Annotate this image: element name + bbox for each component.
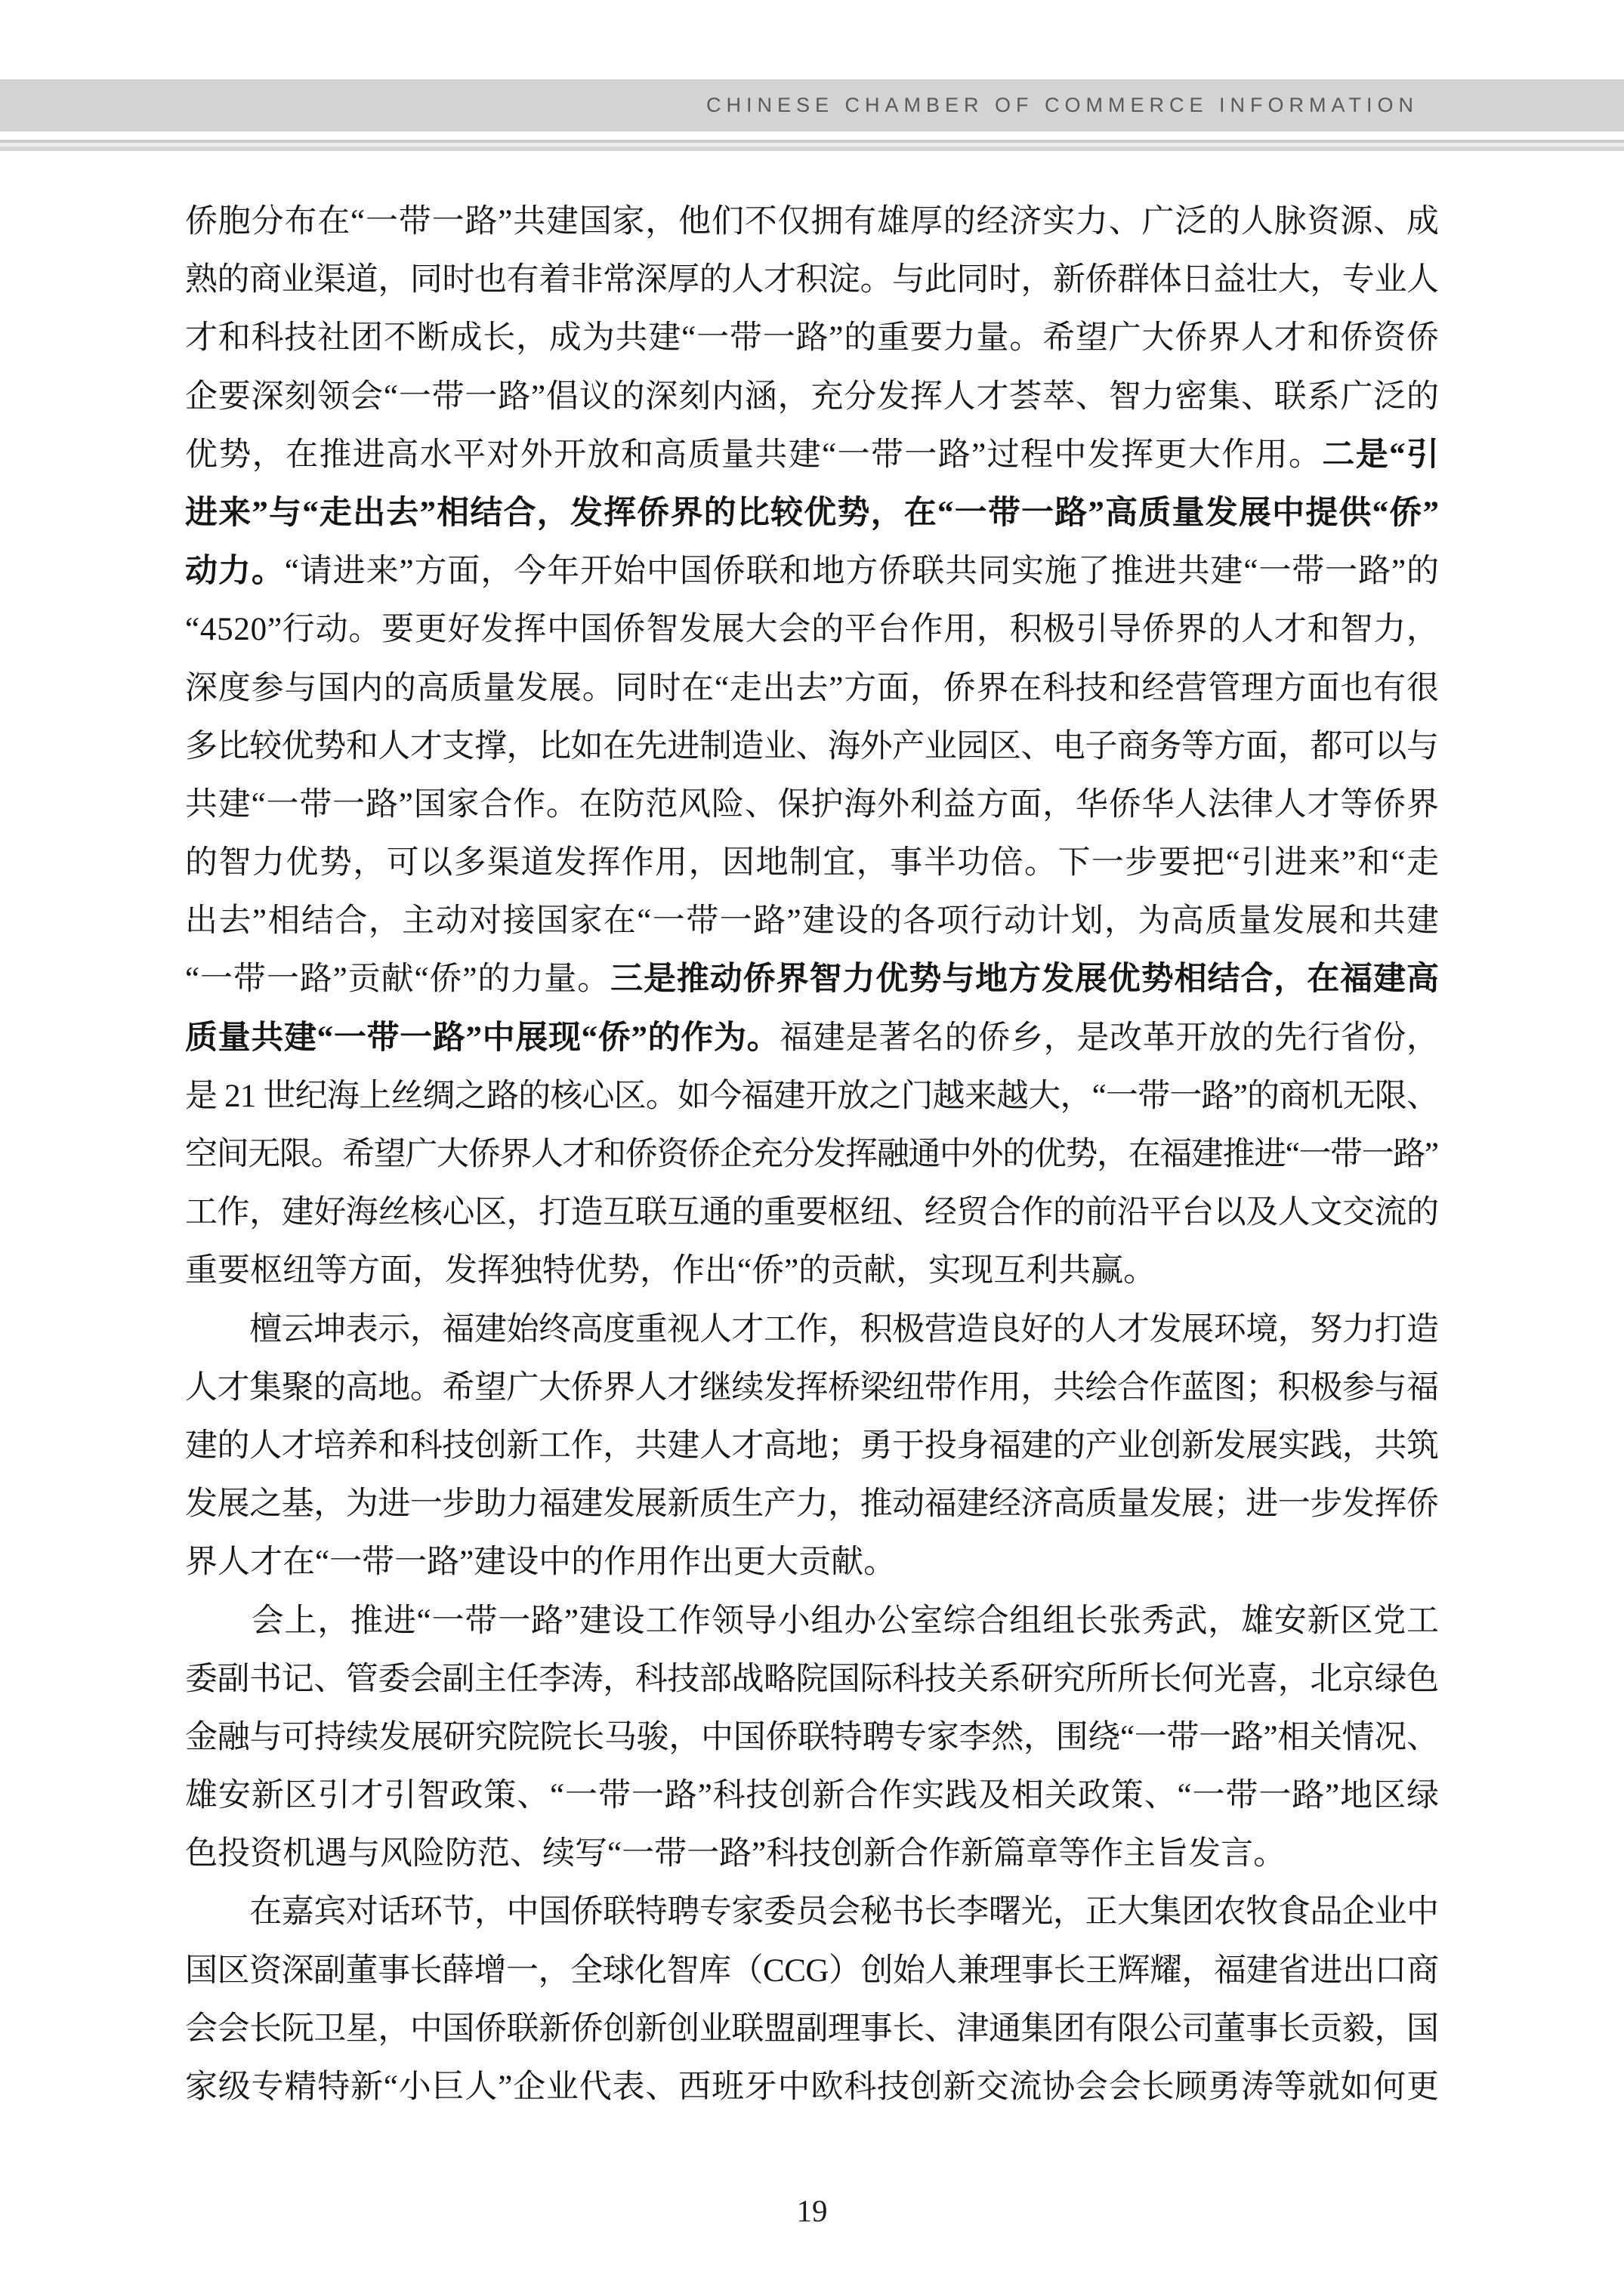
text-run: 共建“一带一路”国家合作。在防范风险、保护海外利益方面，华侨华人法律人才等侨界 xyxy=(185,787,1440,822)
header-divider-strip xyxy=(0,140,1624,151)
bold-text-segment: 进来”与“走出去”相结合，发挥侨界的比较优势，在“一带一路”高质量发展中提供“侨… xyxy=(185,495,1440,531)
text-run: 檀云坤表示，福建始终高度重视人才工作，积极营造良好的人才发展环境，努力打造 xyxy=(185,1312,1439,1347)
text-line: 的智力优势，可以多渠道发挥作用，因地制宜，事半功倍。下一步要把“引进来”和“走 xyxy=(185,834,1439,892)
text-line: 空间无限。希望广大侨界人才和侨资侨企充分发挥融通中外的优势，在福建推进“一带一路… xyxy=(185,1125,1439,1184)
text-segment: 福建是著名的侨乡，是改革开放的先行省份， xyxy=(780,1020,1439,1056)
text-run: 建的人才培养和科技创新工作，共建人才高地；勇于投身福建的产业创新发展实践，共筑 xyxy=(185,1428,1439,1464)
text-run: 企要深刻领会“一带一路”倡议的深刻内涵，充分发挥人才荟萃、智力密集、联系广泛的 xyxy=(185,379,1440,415)
text-segment: 工作，建好海丝核心区，打造互联互通的重要枢纽、经贸合作的前沿平台以及人文交流的 xyxy=(185,1195,1439,1230)
text-run: 是 21 世纪海上丝绸之路的核心区。如今福建开放之门越来越大，“一带一路”的商机… xyxy=(185,1079,1438,1114)
text-run: 委副书记、管委会副主任李涛，科技部战略院国际科技关系研究所所长何光喜，北京绿色 xyxy=(185,1662,1439,1697)
text-segment: 企要深刻领会“一带一路”倡议的深刻内涵，充分发挥人才荟萃、智力密集、联系广泛的 xyxy=(185,379,1440,415)
text-segment: “请进来”方面，今年开始中国侨联和地方侨联共同实施了推进共建“一带一路”的 xyxy=(285,554,1440,589)
bold-text-segment: 二是“引 xyxy=(1322,437,1440,473)
text-line: “4520”行动。要更好发挥中国侨智发展大会的平台作用，积极引导侨界的人才和智力… xyxy=(185,600,1439,659)
text-run: 雄安新区引才引智政策、“一带一路”科技创新合作实践及相关政策、“一带一路”地区绿 xyxy=(185,1778,1440,1813)
text-run: 出去”相结合，主动对接国家在“一带一路”建设的各项行动计划，为高质量发展和共建 xyxy=(185,903,1440,939)
article-body: 侨胞分布在“一带一路”共建国家，他们不仅拥有雄厚的经济实力、广泛的人脉资源、成熟… xyxy=(185,193,1439,2116)
text-run: 会上，推进“一带一路”建设工作领导小组办公室综合组组长张秀武，雄安新区党工 xyxy=(185,1603,1440,1639)
text-run: 深度参与国内的高质量发展。同时在“走出去”方面，侨界在科技和经营管理方面也有很 xyxy=(185,671,1440,706)
text-run: 在嘉宾对话环节，中国侨联特聘专家委员会秘书长李曙光，正大集团农牧食品企业中 xyxy=(185,1894,1439,1930)
text-segment: 发展之基，为进一步助力福建发展新质生产力，推动福建经济高质量发展；进一步发挥侨 xyxy=(185,1486,1439,1522)
header-title: CHINESE CHAMBER OF COMMERCE INFORMATION xyxy=(0,79,1624,131)
text-line: 委副书记、管委会副主任李涛，科技部战略院国际科技关系研究所所长何光喜，北京绿色 xyxy=(185,1650,1439,1708)
text-run: 金融与可持续发展研究院院长马骏，中国侨联特聘专家李然，围绕“一带一路”相关情况、 xyxy=(185,1720,1439,1755)
text-segment: 人才集聚的高地。希望广大侨界人才继续发挥桥梁纽带作用，共绘合作蓝图；积极参与福 xyxy=(185,1370,1439,1406)
text-run: 国区资深副董事长薛增一，全球化智库（CCG）创始人兼理事长王辉耀，福建省进出口商 xyxy=(185,1953,1439,1989)
text-run: 质量共建“一带一路”中展现“侨”的作为。福建是著名的侨乡，是改革开放的先行省份， xyxy=(185,1020,1440,1056)
text-segment: 会会长阮卫星，中国侨联新侨创新创业联盟副理事长、津通集团有限公司董事长贡毅，国 xyxy=(185,2011,1439,2047)
text-segment: “一带一路”贡献“侨”的力量。 xyxy=(185,961,610,997)
text-line: 才和科技社团不断成长，成为共建“一带一路”的重要力量。希望广大侨界人才和侨资侨 xyxy=(185,309,1439,367)
text-segment: 家级专精特新“小巨人”企业代表、西班牙中欧科技创新交流协会会长顾勇涛等就如何更 xyxy=(185,2069,1440,2105)
text-run: 优势，在推进高水平对外开放和高质量共建“一带一路”过程中发挥更大作用。二是“引 xyxy=(185,437,1440,473)
text-run: 家级专精特新“小巨人”企业代表、西班牙中欧科技创新交流协会会长顾勇涛等就如何更 xyxy=(185,2069,1440,2105)
text-line: 重要枢纽等方面，发挥独特优势，作出“侨”的贡献，实现互利共赢。 xyxy=(185,1242,1439,1300)
text-line: 深度参与国内的高质量发展。同时在“走出去”方面，侨界在科技和经营管理方面也有很 xyxy=(185,659,1439,718)
document-page: CHINESE CHAMBER OF COMMERCE INFORMATION … xyxy=(0,0,1624,2293)
text-run: 进来”与“走出去”相结合，发挥侨界的比较优势，在“一带一路”高质量发展中提供“侨… xyxy=(185,495,1440,531)
text-run: 熟的商业渠道，同时也有着非常深厚的人才积淀。与此同时，新侨群体日益壮大，专业人 xyxy=(185,262,1439,298)
text-run: 人才集聚的高地。希望广大侨界人才继续发挥桥梁纽带作用，共绘合作蓝图；积极参与福 xyxy=(185,1370,1439,1406)
text-segment: 雄安新区引才引智政策、“一带一路”科技创新合作实践及相关政策、“一带一路”地区绿 xyxy=(185,1778,1440,1813)
text-segment: 金融与可持续发展研究院院长马骏，中国侨联特聘专家李然，围绕“一带一路”相关情况、 xyxy=(185,1720,1439,1755)
text-line: 檀云坤表示，福建始终高度重视人才工作，积极营造良好的人才发展环境，努力打造 xyxy=(185,1301,1439,1359)
text-line: 发展之基，为进一步助力福建发展新质生产力，推动福建经济高质量发展；进一步发挥侨 xyxy=(185,1475,1439,1533)
text-run: 多比较优势和人才支撑，比如在先进制造业、海外产业园区、电子商务等方面，都可以与 xyxy=(185,729,1439,764)
bold-text-segment: 质量共建“一带一路”中展现“侨”的作为。 xyxy=(185,1020,780,1056)
text-line: 多比较优势和人才支撑，比如在先进制造业、海外产业园区、电子商务等方面，都可以与 xyxy=(185,718,1439,776)
text-segment: 色投资机遇与风险防范、续写“一带一路”科技创新合作新篇章等作主旨发言。 xyxy=(185,1836,1286,1872)
text-segment: 的智力优势，可以多渠道发挥作用，因地制宜，事半功倍。下一步要把“引进来”和“走 xyxy=(185,845,1440,881)
text-line: 会上，推进“一带一路”建设工作领导小组办公室综合组组长张秀武，雄安新区党工 xyxy=(185,1592,1439,1650)
text-line: 侨胞分布在“一带一路”共建国家，他们不仅拥有雄厚的经济实力、广泛的人脉资源、成 xyxy=(185,193,1439,251)
text-line: “一带一路”贡献“侨”的力量。三是推动侨界智力优势与地方发展优势相结合，在福建高 xyxy=(185,950,1439,1008)
text-segment: 是 21 世纪海上丝绸之路的核心区。如今福建开放之门越来越大，“一带一路”的商机… xyxy=(185,1079,1438,1114)
text-line: 工作，建好海丝核心区，打造互联互通的重要枢纽、经贸合作的前沿平台以及人文交流的 xyxy=(185,1184,1439,1242)
text-line: 出去”相结合，主动对接国家在“一带一路”建设的各项行动计划，为高质量发展和共建 xyxy=(185,892,1439,950)
text-run: 的智力优势，可以多渠道发挥作用，因地制宜，事半功倍。下一步要把“引进来”和“走 xyxy=(185,845,1440,881)
text-line: 雄安新区引才引智政策、“一带一路”科技创新合作实践及相关政策、“一带一路”地区绿 xyxy=(185,1767,1439,1825)
text-run: “一带一路”贡献“侨”的力量。三是推动侨界智力优势与地方发展优势相结合，在福建高 xyxy=(185,961,1440,997)
text-line: 进来”与“走出去”相结合，发挥侨界的比较优势，在“一带一路”高质量发展中提供“侨… xyxy=(185,484,1439,542)
text-segment: 多比较优势和人才支撑，比如在先进制造业、海外产业园区、电子商务等方面，都可以与 xyxy=(185,729,1439,764)
text-segment: 空间无限。希望广大侨界人才和侨资侨企充分发挥融通中外的优势，在福建推进“一带一路… xyxy=(185,1137,1438,1172)
text-segment: 界人才在“一带一路”建设中的作用作出更大贡献。 xyxy=(185,1545,896,1580)
text-line: 熟的商业渠道，同时也有着非常深厚的人才积淀。与此同时，新侨群体日益壮大，专业人 xyxy=(185,251,1439,309)
text-line: 优势，在推进高水平对外开放和高质量共建“一带一路”过程中发挥更大作用。二是“引 xyxy=(185,426,1439,484)
text-line: 建的人才培养和科技创新工作，共建人才高地；勇于投身福建的产业创新发展实践，共筑 xyxy=(185,1417,1439,1475)
text-segment: 重要枢纽等方面，发挥独特优势，作出“侨”的贡献，实现互利共赢。 xyxy=(185,1253,1156,1288)
text-run: 空间无限。希望广大侨界人才和侨资侨企充分发挥融通中外的优势，在福建推进“一带一路… xyxy=(185,1137,1438,1172)
bold-text-segment: 三是推动侨界智力优势与地方发展优势相结合，在福建高 xyxy=(610,961,1440,997)
text-line: 是 21 世纪海上丝绸之路的核心区。如今福建开放之门越来越大，“一带一路”的商机… xyxy=(185,1067,1439,1125)
text-segment: 会上，推进“一带一路”建设工作领导小组办公室综合组组长张秀武，雄安新区党工 xyxy=(185,1603,1440,1639)
text-line: 质量共建“一带一路”中展现“侨”的作为。福建是著名的侨乡，是改革开放的先行省份， xyxy=(185,1009,1439,1067)
text-run: 侨胞分布在“一带一路”共建国家，他们不仅拥有雄厚的经济实力、广泛的人脉资源、成 xyxy=(185,204,1440,239)
text-line: 国区资深副董事长薛增一，全球化智库（CCG）创始人兼理事长王辉耀，福建省进出口商 xyxy=(185,1942,1439,2000)
text-segment: 出去”相结合，主动对接国家在“一带一路”建设的各项行动计划，为高质量发展和共建 xyxy=(185,903,1440,939)
bold-text-segment: 动力。 xyxy=(185,554,285,589)
header-band: CHINESE CHAMBER OF COMMERCE INFORMATION xyxy=(0,79,1624,131)
text-run: “4520”行动。要更好发挥中国侨智发展大会的平台作用，积极引导侨界的人才和智力… xyxy=(185,612,1440,647)
text-segment: 才和科技社团不断成长，成为共建“一带一路”的重要力量。希望广大侨界人才和侨资侨 xyxy=(185,320,1440,356)
text-line: 动力。“请进来”方面，今年开始中国侨联和地方侨联共同实施了推进共建“一带一路”的 xyxy=(185,542,1439,600)
text-segment: “4520”行动。要更好发挥中国侨智发展大会的平台作用，积极引导侨界的人才和智力… xyxy=(185,612,1440,647)
text-line: 色投资机遇与风险防范、续写“一带一路”科技创新合作新篇章等作主旨发言。 xyxy=(185,1825,1439,1883)
text-line: 会会长阮卫星，中国侨联新侨创新创业联盟副理事长、津通集团有限公司董事长贡毅，国 xyxy=(185,2000,1439,2058)
text-segment: 深度参与国内的高质量发展。同时在“走出去”方面，侨界在科技和经营管理方面也有很 xyxy=(185,671,1440,706)
text-segment: 在嘉宾对话环节，中国侨联特聘专家委员会秘书长李曙光，正大集团农牧食品企业中 xyxy=(185,1894,1439,1930)
text-segment: 国区资深副董事长薛增一，全球化智库（CCG）创始人兼理事长王辉耀，福建省进出口商 xyxy=(185,1953,1439,1989)
text-run: 才和科技社团不断成长，成为共建“一带一路”的重要力量。希望广大侨界人才和侨资侨 xyxy=(185,320,1440,356)
text-run: 重要枢纽等方面，发挥独特优势，作出“侨”的贡献，实现互利共赢。 xyxy=(185,1253,1156,1288)
text-segment: 共建“一带一路”国家合作。在防范风险、保护海外利益方面，华侨华人法律人才等侨界 xyxy=(185,787,1440,822)
text-segment: 熟的商业渠道，同时也有着非常深厚的人才积淀。与此同时，新侨群体日益壮大，专业人 xyxy=(185,262,1439,298)
text-run: 界人才在“一带一路”建设中的作用作出更大贡献。 xyxy=(185,1545,896,1580)
text-run: 色投资机遇与风险防范、续写“一带一路”科技创新合作新篇章等作主旨发言。 xyxy=(185,1836,1286,1872)
text-segment: 檀云坤表示，福建始终高度重视人才工作，积极营造良好的人才发展环境，努力打造 xyxy=(185,1312,1439,1347)
text-line: 界人才在“一带一路”建设中的作用作出更大贡献。 xyxy=(185,1533,1439,1591)
text-run: 会会长阮卫星，中国侨联新侨创新创业联盟副理事长、津通集团有限公司董事长贡毅，国 xyxy=(185,2011,1439,2047)
text-line: 在嘉宾对话环节，中国侨联特聘专家委员会秘书长李曙光，正大集团农牧食品企业中 xyxy=(185,1883,1439,1941)
text-line: 共建“一带一路”国家合作。在防范风险、保护海外利益方面，华侨华人法律人才等侨界 xyxy=(185,776,1439,834)
text-segment: 建的人才培养和科技创新工作，共建人才高地；勇于投身福建的产业创新发展实践，共筑 xyxy=(185,1428,1439,1464)
page-number: 19 xyxy=(0,2193,1624,2229)
text-run: 发展之基，为进一步助力福建发展新质生产力，推动福建经济高质量发展；进一步发挥侨 xyxy=(185,1486,1439,1522)
text-segment: 侨胞分布在“一带一路”共建国家，他们不仅拥有雄厚的经济实力、广泛的人脉资源、成 xyxy=(185,204,1440,239)
text-segment: 优势，在推进高水平对外开放和高质量共建“一带一路”过程中发挥更大作用。 xyxy=(185,437,1322,473)
text-segment: 委副书记、管委会副主任李涛，科技部战略院国际科技关系研究所所长何光喜，北京绿色 xyxy=(185,1662,1439,1697)
text-line: 金融与可持续发展研究院院长马骏，中国侨联特聘专家李然，围绕“一带一路”相关情况、 xyxy=(185,1708,1439,1767)
text-line: 人才集聚的高地。希望广大侨界人才继续发挥桥梁纽带作用，共绘合作蓝图；积极参与福 xyxy=(185,1359,1439,1417)
text-line: 家级专精特新“小巨人”企业代表、西班牙中欧科技创新交流协会会长顾勇涛等就如何更 xyxy=(185,2058,1439,2116)
text-run: 工作，建好海丝核心区，打造互联互通的重要枢纽、经贸合作的前沿平台以及人文交流的 xyxy=(185,1195,1439,1230)
text-line: 企要深刻领会“一带一路”倡议的深刻内涵，充分发挥人才荟萃、智力密集、联系广泛的 xyxy=(185,368,1439,426)
text-run: 动力。“请进来”方面，今年开始中国侨联和地方侨联共同实施了推进共建“一带一路”的 xyxy=(185,554,1440,589)
